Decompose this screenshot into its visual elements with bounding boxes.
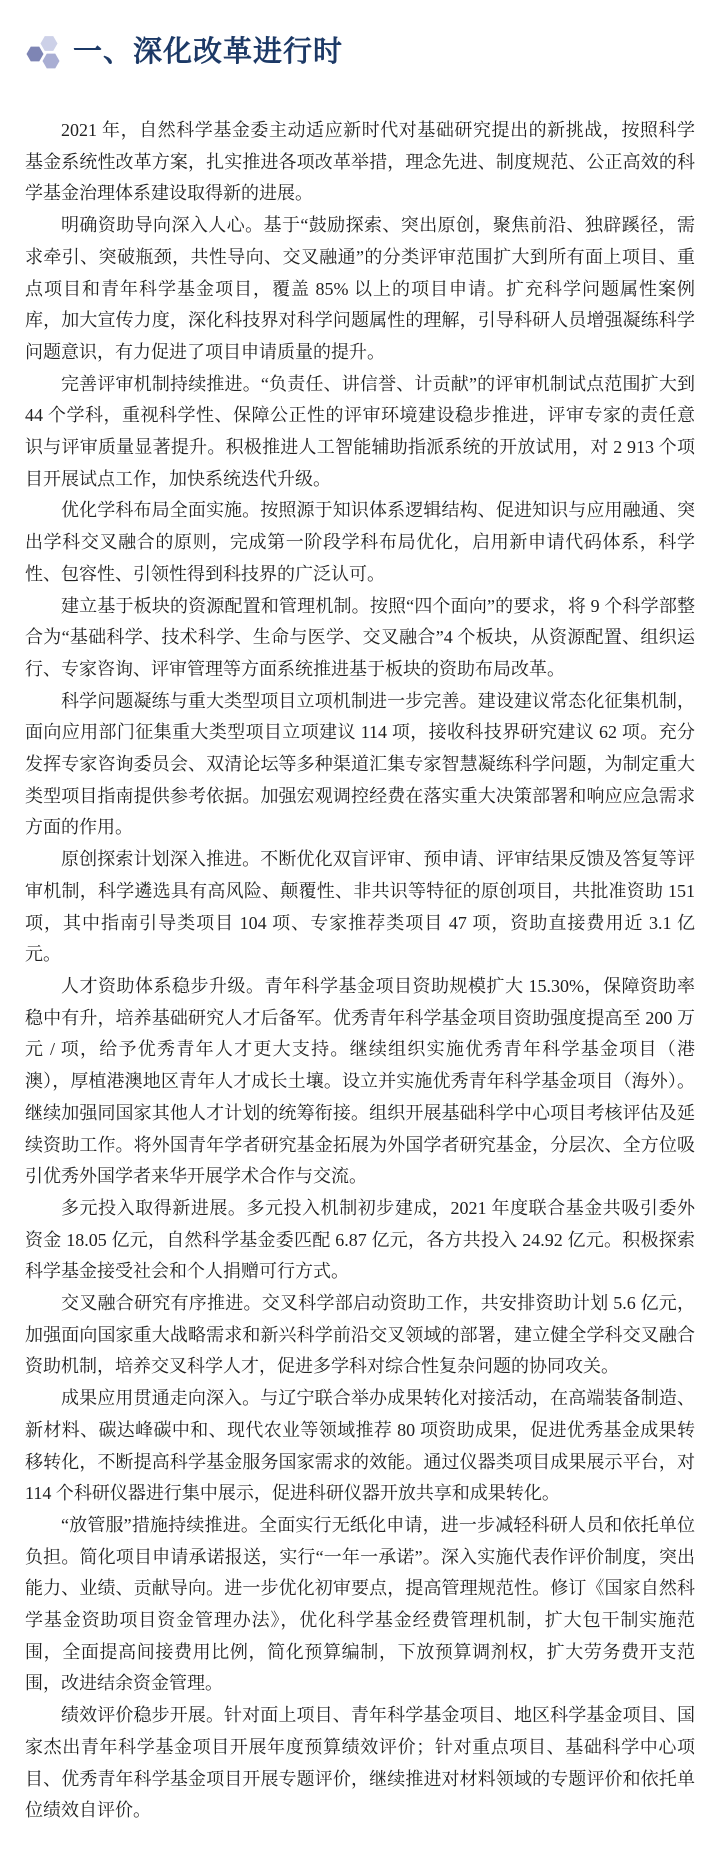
paragraph: 多元投入取得新进展。多元投入机制初步建成，2021 年度联合基金共吸引委外资金 … bbox=[25, 1193, 695, 1288]
paragraph: 2021 年，自然科学基金委主动适应新时代对基础研究提出的新挑战，按照科学基金系… bbox=[25, 115, 695, 210]
paragraph: “放管服”措施持续推进。全面实行无纸化申请，进一步减轻科研人员和依托单位负担。简… bbox=[25, 1510, 695, 1700]
section-title: 一、深化改革进行时 bbox=[73, 33, 343, 71]
hexagon-bottom-right bbox=[43, 53, 60, 68]
paragraph: 人才资助体系稳步升级。青年科学基金项目资助规模扩大 15.30%，保障资助率稳中… bbox=[25, 971, 695, 1193]
section-header: 一、深化改革进行时 bbox=[26, 33, 695, 71]
paragraph: 原创探索计划深入推进。不断优化双盲评审、预申请、评审结果反馈及答复等评审机制，科… bbox=[25, 844, 695, 971]
paragraph: 交叉融合研究有序推进。交叉科学部启动资助工作，共安排资助计划 5.6 亿元，加强… bbox=[25, 1288, 695, 1383]
paragraph: 绩效评价稳步开展。针对面上项目、青年科学基金项目、地区科学基金项目、国家杰出青年… bbox=[25, 1700, 695, 1827]
paragraph: 科学问题凝练与重大类型项目立项机制进一步完善。建设建议常态化征集机制，面向应用部… bbox=[25, 686, 695, 845]
hexagon-top bbox=[41, 36, 58, 51]
paragraph: 优化学科布局全面实施。按照源于知识体系逻辑结构、促进知识与应用融通、突出学科交叉… bbox=[25, 495, 695, 590]
document-page: 一、深化改革进行时 2021 年，自然科学基金委主动适应新时代对基础研究提出的新… bbox=[0, 0, 720, 1857]
paragraph: 完善评审机制持续推进。“负责任、讲信誉、计贡献”的评审机制试点范围扩大到 44 … bbox=[25, 369, 695, 496]
paragraph: 建立基于板块的资源配置和管理机制。按照“四个面向”的要求，将 9 个科学部整合为… bbox=[25, 591, 695, 686]
paragraph: 成果应用贯通走向深入。与辽宁联合举办成果转化对接活动，在高端装备制造、新材料、碳… bbox=[25, 1383, 695, 1510]
hexagon-cluster-icon bbox=[26, 34, 63, 71]
body-paragraphs: 2021 年，自然科学基金委主动适应新时代对基础研究提出的新挑战，按照科学基金系… bbox=[25, 115, 695, 1827]
paragraph: 明确资助导向深入人心。基于“鼓励探索、突出原创，聚焦前沿、独辟蹊径，需求牵引、突… bbox=[25, 210, 695, 369]
hexagon-left bbox=[27, 46, 44, 61]
